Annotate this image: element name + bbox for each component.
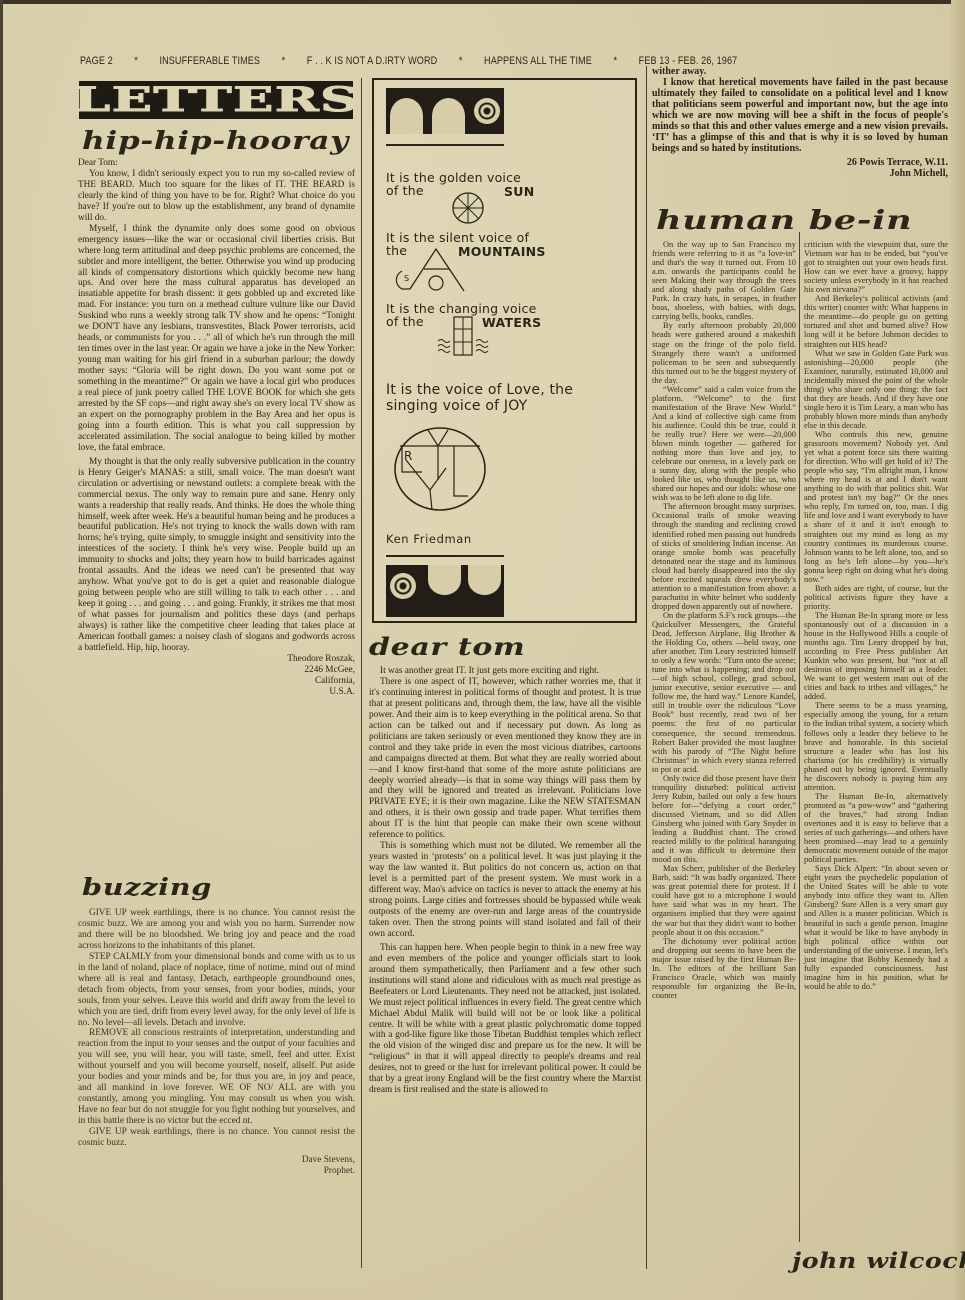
mountain-icon: S — [388, 245, 478, 295]
poem-line: of the — [386, 184, 424, 197]
svg-text:R: R — [404, 449, 412, 463]
arch-shape — [468, 565, 501, 595]
letter-paragraph: This can happen here. When people begin … — [369, 943, 641, 1096]
header-tagline: HAPPENS ALL THE TIME — [484, 55, 592, 67]
letter-paragraph: Myself, I think the dynamite only does s… — [78, 224, 355, 454]
signature-line: California, — [78, 676, 355, 687]
letter-salutation: Dear Tom: — [78, 158, 355, 169]
section-banner-text: LETTERS — [73, 80, 360, 120]
article-paragraph: Says Dick Alpert: “In about seven or eig… — [804, 864, 948, 991]
article-paragraph: The dichotomy over political action and … — [652, 937, 796, 1000]
masthead-name: INSUFFERABLE TIMES — [159, 55, 260, 67]
arch-shape — [432, 98, 465, 134]
letter-paragraph: wither away. — [652, 66, 948, 77]
header-separator: * — [134, 55, 138, 67]
signature-line: 26 Powis Terrace, W.11. — [652, 157, 948, 168]
sun-wheel-icon — [450, 190, 486, 226]
letter-paragraph: GIVE UP week earthlings, there is no cha… — [78, 908, 355, 952]
letter-hip-hip-hooray-body: Dear Tom: You know, I didn't seriously e… — [78, 158, 355, 698]
article-heading-human-be-in: human be-in — [656, 206, 912, 236]
poem-line: It is the silent voice of — [386, 231, 529, 244]
article-paragraph: Only twice did those present have their … — [652, 774, 796, 864]
signature-line: Prophet. — [78, 1166, 355, 1177]
letter-paragraph: My thought is that the only really subve… — [78, 457, 355, 654]
article-paragraph: The Human Be-In, alternatively promoted … — [804, 792, 948, 864]
signature-line: 2246 McGee, — [78, 665, 355, 676]
poem-author: Ken Friedman — [386, 532, 472, 546]
article-paragraph: On the platform S.F's rock groups—the Qu… — [652, 611, 796, 774]
page-top-edge — [0, 0, 965, 4]
letters-section-banner: LETTERS — [79, 81, 353, 119]
newspaper-page: PAGE 2 * INSUFFERABLE TIMES * F . . K IS… — [0, 0, 965, 1300]
letter-buzzing-body: GIVE UP week earthlings, there is no cha… — [78, 908, 355, 1177]
signature-line: U.S.A. — [78, 687, 355, 698]
letter-dear-tom-body: It was another great IT. It just gets mo… — [369, 666, 641, 1096]
article-paragraph: criticism with the viewpoint that, sure … — [804, 240, 948, 294]
header-separator: * — [282, 55, 286, 67]
article-paragraph: The Human Be-In sprang more or less spon… — [804, 611, 948, 701]
poem-divider — [386, 144, 504, 146]
human-be-in-column-2: criticism with the viewpoint that, sure … — [804, 240, 948, 991]
letter-paragraph: There is one aspect of IT, however, whic… — [369, 677, 641, 841]
signature-line: John Michell, — [652, 168, 948, 179]
letter-paragraph: STEP CALMLY from your dimensional bonds … — [78, 952, 355, 1029]
article-paragraph: On the way up to San Francisco my friend… — [652, 240, 796, 321]
letter-heading-buzzing: buzzing — [82, 874, 212, 901]
human-be-in-column-1: On the way up to San Francisco my friend… — [652, 240, 796, 1000]
love-monogram-icon: R — [392, 424, 488, 514]
header-separator: * — [459, 55, 463, 67]
letter-heading-hip-hip-hooray: hip-hip-hooray — [82, 126, 349, 155]
page-number: PAGE 2 — [80, 55, 113, 67]
article-paragraph: And Berkeley's political activists (and … — [804, 294, 948, 348]
poem-illustration-box: It is the golden voice of the SUN It is … — [372, 78, 637, 623]
letter-paragraph: It was another great IT. It just gets mo… — [369, 666, 641, 677]
svg-text:S: S — [404, 274, 409, 283]
letter-paragraph: You know, I didn't seriously expect you … — [78, 169, 355, 224]
arch-shape — [428, 565, 461, 595]
article-byline: john wilcock — [792, 1248, 965, 1273]
column-rule — [799, 232, 800, 1242]
letter-heading-dear-tom: dear tom — [369, 632, 525, 661]
header-separator: * — [613, 55, 617, 67]
article-paragraph: “Welcome” said a calm voice from the pla… — [652, 385, 796, 503]
poem-caps-word: SUN — [504, 184, 535, 199]
article-paragraph: By early afternoon probably 20,000 heads… — [652, 321, 796, 384]
arch-shape — [390, 98, 423, 134]
page-right-edge — [951, 0, 965, 1300]
poem-line: singing voice of JOY — [386, 398, 527, 414]
page-left-edge — [0, 0, 3, 1300]
article-paragraph: Both sides are right, of course, but the… — [804, 584, 948, 611]
article-paragraph: The afternoon brought many surprises. Oc… — [652, 502, 796, 611]
letter-paragraph: This is something which must not be dilu… — [369, 841, 641, 940]
signature-line: Theodore Roszak, — [78, 654, 355, 665]
article-paragraph: Max Scherr, publisher of the Berkeley Ba… — [652, 864, 796, 936]
flower-icon — [474, 98, 500, 124]
letter-paragraph: I know that heretical movements have fai… — [652, 77, 948, 154]
article-paragraph: Who controls this new, genuine grassroot… — [804, 430, 948, 584]
window-waves-icon — [434, 315, 498, 357]
poem-line: of the — [386, 315, 424, 328]
decorative-block-top — [386, 88, 504, 134]
decorative-block-bottom — [386, 565, 504, 617]
poem-divider — [386, 555, 504, 557]
letter-paragraph: GIVE UP weak earthlings, there is no cha… — [78, 1127, 355, 1149]
flower-icon — [390, 573, 416, 599]
poem-line: It is the voice of Love, the — [386, 382, 573, 398]
header-slogan: F . . K IS NOT A D.IRTY WORD — [307, 55, 437, 67]
article-paragraph: There seems to be a mass yearning, espec… — [804, 701, 948, 791]
column-rule — [646, 66, 647, 1269]
column-rule — [361, 78, 362, 1268]
letter-dear-tom-continuation: wither away. I know that heretical movem… — [652, 66, 948, 179]
letter-paragraph: REMOVE all conscious restraints of inter… — [78, 1028, 355, 1127]
article-paragraph: What we saw in Golden Gate Park was asto… — [804, 349, 948, 430]
signature-line: Dave Stevens, — [78, 1155, 355, 1166]
